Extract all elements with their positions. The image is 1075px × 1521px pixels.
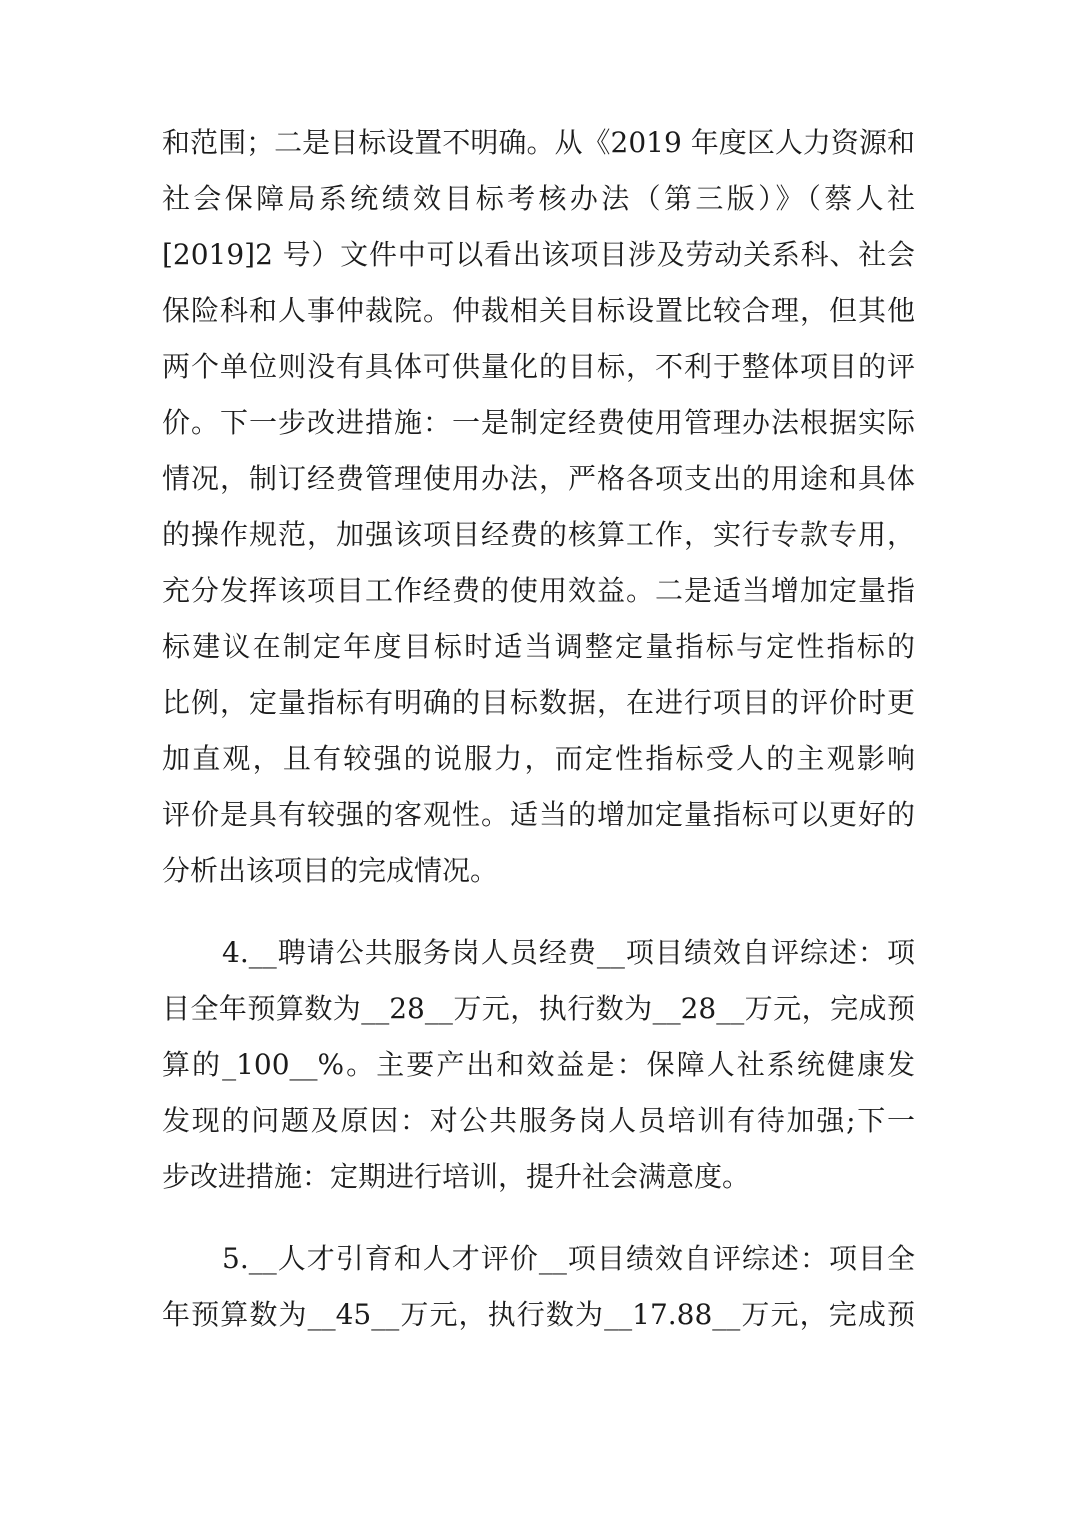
text-line: 步改进措施：定期进行培训，提升社会满意度。 (162, 1149, 915, 1205)
text-line: 4.__聘请公共服务岗人员经费__项目绩效自评综述：项 (162, 925, 915, 981)
text-line: 标建议在制定年度目标时适当调整定量指标与定性指标的 (162, 619, 915, 675)
paragraph-item-5: 5.__人才引育和人才评价__项目绩效自评综述：项目全 年预算数为__45__万… (162, 1231, 915, 1343)
text-line: [2019]2 号）文件中可以看出该项目涉及劳动关系科、社会 (162, 227, 915, 283)
text-line: 的操作规范，加强该项目经费的核算工作，实行专款专用， (162, 507, 915, 563)
text-line: 加直观，且有较强的说服力，而定性指标受人的主观影响大， (162, 731, 915, 787)
text-line: 发现的问题及原因：对公共服务岗人员培训有待加强;下一 (162, 1093, 915, 1149)
text-line: 和范围；二是目标设置不明确。从《2019 年度区人力资源和 (162, 115, 915, 171)
text-line: 社会保障局系统绩效目标考核办法（第三版）》（蔡人社 (162, 171, 915, 227)
text-line: 年预算数为__45__万元，执行数为__17.88__万元，完成预 (162, 1287, 915, 1343)
document-content: 和范围；二是目标设置不明确。从《2019 年度区人力资源和 社会保障局系统绩效目… (162, 115, 915, 1343)
document-page: 和范围；二是目标设置不明确。从《2019 年度区人力资源和 社会保障局系统绩效目… (0, 0, 1075, 1521)
text-line: 评价是具有较强的客观性。适当的增加定量指标可以更好的 (162, 787, 915, 843)
text-line: 充分发挥该项目工作经费的使用效益。二是适当增加定量指 (162, 563, 915, 619)
text-line: 比例，定量指标有明确的目标数据，在进行项目的评价时更 (162, 675, 915, 731)
text-line: 保险科和人事仲裁院。仲裁相关目标设置比较合理，但其他 (162, 283, 915, 339)
text-line: 价。下一步改进措施：一是制定经费使用管理办法根据实际 (162, 395, 915, 451)
text-line: 情况，制订经费管理使用办法，严格各项支出的用途和具体 (162, 451, 915, 507)
text-line: 两个单位则没有具体可供量化的目标，不利于整体项目的评 (162, 339, 915, 395)
text-line: 算的_100__%。主要产出和效益是：保障人社系统健康发展。 (162, 1037, 915, 1093)
text-line: 分析出该项目的完成情况。 (162, 843, 915, 899)
paragraph-item-4: 4.__聘请公共服务岗人员经费__项目绩效自评综述：项 目全年预算数为__28_… (162, 925, 915, 1205)
text-line: 目全年预算数为__28__万元，执行数为__28__万元，完成预 (162, 981, 915, 1037)
text-line: 5.__人才引育和人才评价__项目绩效自评综述：项目全 (162, 1231, 915, 1287)
paragraph-continuation: 和范围；二是目标设置不明确。从《2019 年度区人力资源和 社会保障局系统绩效目… (162, 115, 915, 899)
